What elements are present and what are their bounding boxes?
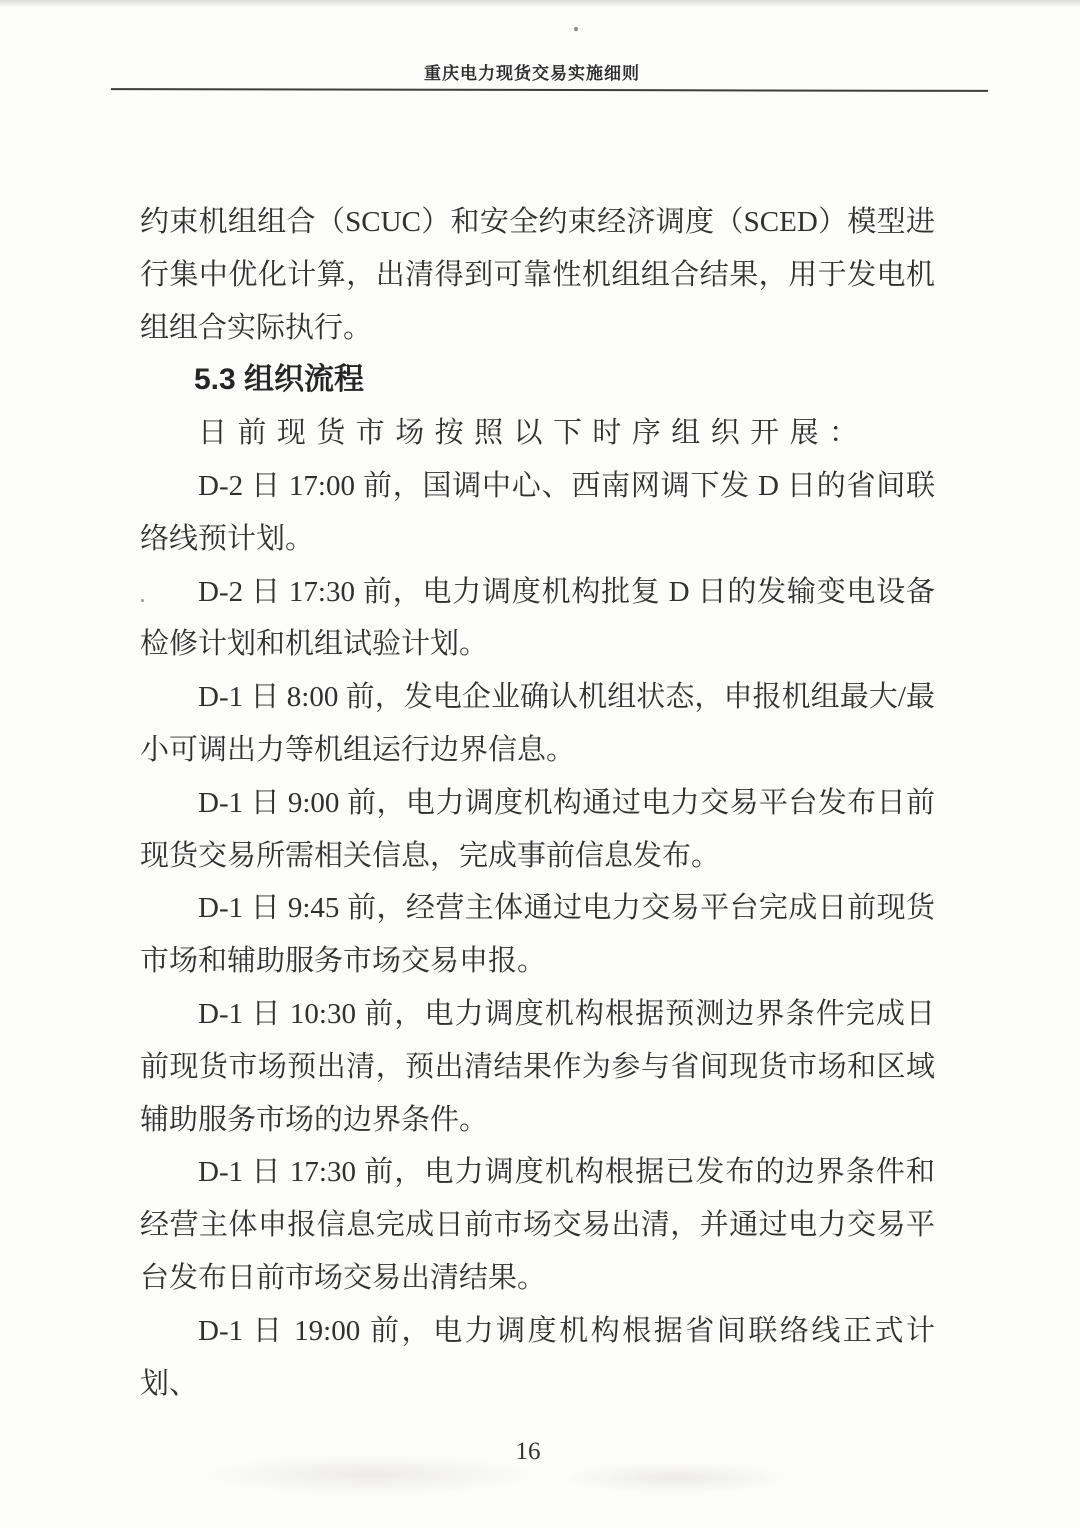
paragraph-timeline-item: D-1 日 9:45 前，经营主体通过电力交易平台完成日前现货市场和辅助服务市场… [140, 882, 935, 988]
paragraph-intro: 日前现货市场按照以下时序组织开展： [140, 407, 935, 460]
header-divider-line [111, 88, 988, 92]
scan-blotch-artifact [560, 1462, 790, 1494]
scan-edge-artifact [0, 0, 1080, 7]
paragraph-timeline-item: D-1 日 8:00 前，发电企业确认机组状态，申报机组最大/最小可调出力等机组… [140, 671, 935, 777]
paragraph-timeline-item: D-1 日 9:00 前，电力调度机构通过电力交易平台发布日前现货交易所需相关信… [140, 777, 935, 883]
scan-artifact-dot [574, 27, 578, 31]
paragraph-timeline-item: D-1 日 17:30 前，电力调度机构根据已发布的边界条件和经营主体申报信息完… [140, 1146, 935, 1304]
paragraph-timeline-item: D-2 日 17:00 前，国调中心、西南网调下发 D 日的省间联络线预计划。 [140, 460, 935, 566]
paragraph-timeline-item: D-1 日 10:30 前，电力调度机构根据预测边界条件完成日前现货市场预出清，… [140, 988, 935, 1146]
document-body: 约束机组组合（SCUC）和安全约束经济调度（SCED）模型进行集中优化计算，出清… [140, 196, 935, 1410]
document-page: 重庆电力现货交易实施细则 约束机组组合（SCUC）和安全约束经济调度（SCED）… [0, 0, 1080, 1528]
section-heading: 5.3 组织流程 [140, 354, 935, 407]
paragraph-timeline-item: D-2 日 17:30 前，电力调度机构批复 D 日的发输变电设备检修计划和机组… [140, 566, 935, 672]
scan-blotch-artifact [200, 1455, 540, 1495]
paragraph-continuation: 约束机组组合（SCUC）和安全约束经济调度（SCED）模型进行集中优化计算，出清… [140, 196, 935, 354]
paragraph-timeline-item: D-1 日 19:00 前，电力调度机构根据省间联络线正式计划、 [140, 1305, 935, 1411]
running-header-title: 重庆电力现货交易实施细则 [0, 59, 1064, 84]
